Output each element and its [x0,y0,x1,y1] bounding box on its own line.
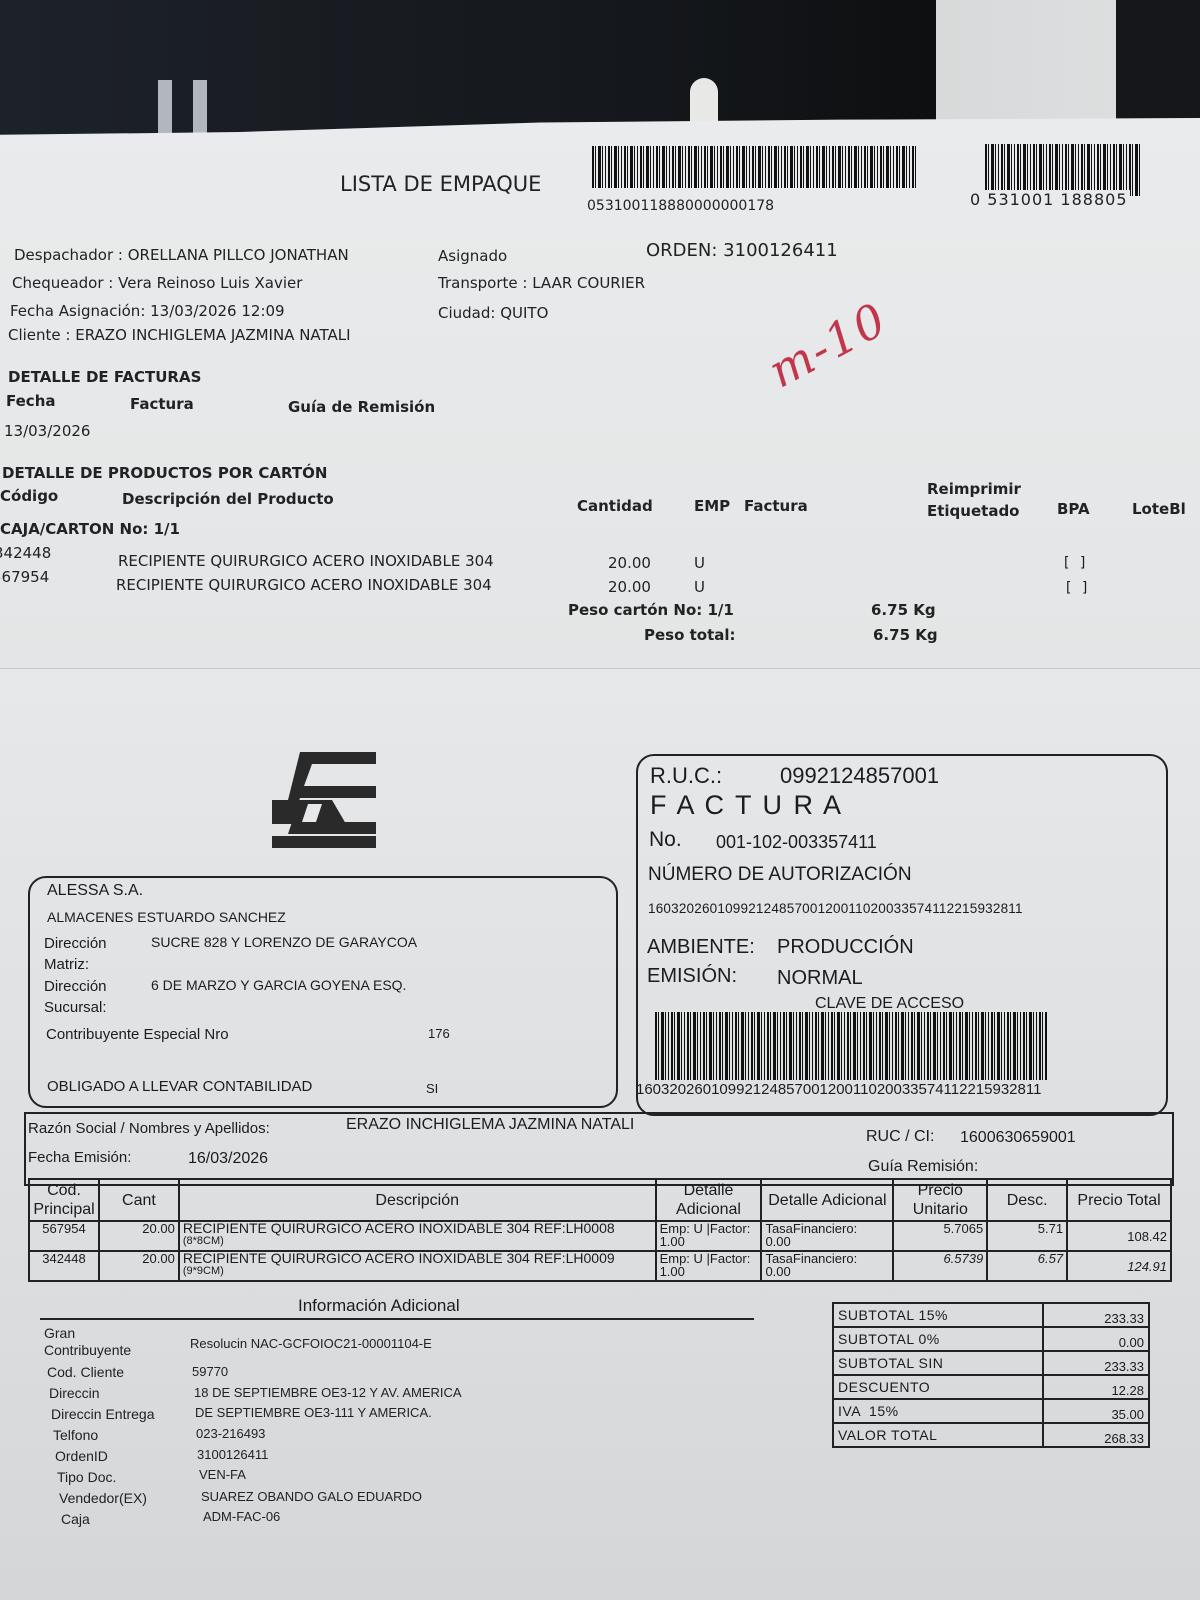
invoice-number-value: 001-102-003357411 [716,832,877,853]
item-code: 342448 [29,1251,99,1281]
totals-row: VALOR TOTAL268.33 [833,1423,1149,1447]
product-row-code: 342448 [0,544,51,562]
col-header-total: Precio Total [1067,1179,1171,1221]
col-header-qty: Cant [99,1179,179,1221]
assignment-date-field: Fecha Asignación: 13/03/2026 12:09 [10,302,285,320]
item-description-line2: (8*8CM) [183,1235,652,1248]
totals-label: SUBTOTAL 0% [833,1327,1043,1351]
issue-date-label: Fecha Emisión: [28,1149,131,1166]
item-description: RECIPIENTE QUIRURGICO ACERO INOXIDABLE 3… [179,1251,656,1281]
totals-value: 268.33 [1043,1423,1149,1447]
info-label: Vendedor(EX) [59,1490,147,1506]
customer-name-label: Razón Social / Nombres y Apellidos: [28,1120,270,1137]
invoice-number-label: No. [649,828,682,852]
item-detail2: TasaFinanciero:0.00 [761,1221,893,1251]
totals-value: 233.33 [1043,1351,1149,1375]
products-header-invoice: Factura [744,497,808,515]
invoice-row-date: 13/03/2026 [4,422,90,440]
products-header-labeled: Etiquetado [927,502,1019,520]
info-value: DE SEPTIEMBRE OE3-111 Y AMERICA. [195,1405,432,1420]
client-field: Cliente : ERAZO INCHIGLEMA JAZMINA NATAL… [8,326,351,344]
product-row-emp: U [694,554,705,572]
special-taxpayer-label: Contribuyente Especial Nro [46,1026,229,1043]
info-label: Tipo Doc. [57,1469,116,1485]
col-header-discount: Desc. [987,1179,1067,1221]
totals-row: SUBTOTAL SIN233.33 [833,1351,1149,1375]
item-total: 124.91 [1067,1251,1171,1281]
totals-value: 12.28 [1043,1375,1149,1399]
customer-ruc-label: RUC / CI: [866,1128,934,1146]
item-detail1: Emp: U |Factor:1.00 [656,1251,762,1281]
packing-list-title: LISTA DE EMPAQUE [340,172,541,196]
access-key-value: 1603202601099212485700120011020033574112… [636,1081,1041,1098]
main-address-value: SUCRE 828 Y LORENZO DE GARAYCOA [151,934,417,950]
item-detail1-line2: 1.00 [660,1235,758,1248]
barcode1-text: 053100118880000000178 [587,198,774,214]
access-key-label: CLAVE DE ACCESO [815,995,964,1013]
issue-date-value: 16/03/2026 [188,1150,268,1168]
item-detail2-line2: 0.00 [765,1265,889,1278]
products-header-emp: EMP [694,497,730,515]
product-row-description: RECIPIENTE QUIRURGICO ACERO INOXIDABLE 3… [116,576,492,594]
dispatcher-field: Despachador : ORELLANA PILLCO JONATHAN [14,246,349,264]
bpa-checkbox[interactable]: [ ] [1064,580,1089,596]
branch-address-label: Dirección Sucursal: [44,976,134,1018]
paper-clip-tab [690,78,718,123]
totals-label: IVA 15% [833,1399,1043,1423]
products-header-reprint: Reimprimir [927,480,1021,498]
info-value: 18 DE SEPTIEMBRE OE3-12 Y AV. AMERICA [194,1385,462,1400]
company-name: ALESSA S.A. [47,882,143,900]
customer-name-value: ERAZO INCHIGLEMA JAZMINA NATALI [346,1116,634,1134]
additional-info-divider [40,1318,754,1320]
item-detail1-line2: 1.00 [660,1265,758,1278]
carton-weight-value: 6.75 Kg [871,601,936,619]
background-reflection [158,80,172,135]
product-row-quantity: 20.00 [608,554,651,572]
city-field: Ciudad: QUITO [438,304,548,322]
bpa-checkbox[interactable]: [ ] [1062,555,1087,571]
transport-field: Transporte : LAAR COURIER [438,274,645,292]
table-row: 342448 20.00 RECIPIENTE QUIRURGICO ACERO… [29,1251,1171,1281]
totals-value: 35.00 [1043,1399,1149,1423]
barcode-icon [985,144,1141,196]
item-detail1: Emp: U |Factor:1.00 [656,1221,762,1251]
branch-address-value: 6 DE MARZO Y GARCIA GOYENA ESQ. [151,977,406,993]
invoices-header-date: Fecha [6,392,56,410]
remission-guide-label: Guía Remisión: [868,1158,978,1176]
totals-value: 0.00 [1043,1327,1149,1351]
info-value: Resolucin NAC-GCFOIOC21-00001104-E [190,1336,432,1351]
order-number: ORDEN: 3100126411 [646,240,838,261]
info-label: Telfono [53,1427,98,1443]
additional-info-title: Información Adicional [298,1296,460,1316]
products-header-bpa: BPA [1057,500,1090,518]
item-unit-price: 5.7065 [893,1221,987,1251]
item-description: RECIPIENTE QUIRURGICO ACERO INOXIDABLE 3… [179,1221,656,1251]
item-description-line1: RECIPIENTE QUIRURGICO ACERO INOXIDABLE 3… [183,1222,652,1235]
col-header-detail1: Detalle Adicional [656,1179,762,1221]
barcode2-text: 0 531001 188805 [968,190,1130,209]
info-label: Caja [61,1511,90,1527]
background-reflection [193,80,207,135]
totals-label: SUBTOTAL 15% [833,1303,1043,1327]
totals-row: SUBTOTAL 0%0.00 [833,1327,1149,1351]
info-value: 023-216493 [196,1426,265,1441]
carton-label: CAJA/CARTON No: 1/1 [0,520,180,538]
col-header-unit-price: Precio Unitario [893,1179,987,1221]
products-header-code: Código [0,487,58,505]
info-value: VEN-FA [199,1467,246,1482]
col-header-detail2: Detalle Adicional [761,1179,893,1221]
products-header-quantity: Cantidad [577,497,653,515]
products-header-lot: LoteBl [1132,500,1186,518]
authorization-value: 1603202601099212485700120011020033574112… [648,901,1023,916]
invoices-header-invoice: Factura [130,395,194,413]
invoices-section-title: DETALLE DE FACTURAS [8,368,201,386]
authorization-label: NÚMERO DE AUTORIZACIÓN [648,864,912,886]
item-discount: 6.57 [987,1251,1067,1281]
document-type: F A C T U R A [650,790,843,821]
main-address-label: Dirección Matriz: [44,933,134,975]
invoice-items-table: Cod. Principal Cant Descripción Detalle … [28,1178,1172,1282]
company-trade-name: ALMACENES ESTUARDO SANCHEZ [47,909,286,925]
totals-row: IVA 15%35.00 [833,1399,1149,1423]
info-label: Cod. Cliente [47,1364,124,1380]
item-code: 567954 [29,1221,99,1251]
company-logo-icon [272,752,376,862]
table-row: 567954 20.00 RECIPIENTE QUIRURGICO ACERO… [29,1221,1171,1251]
item-description-line1: RECIPIENTE QUIRURGICO ACERO INOXIDABLE 3… [183,1252,652,1265]
info-value: ADM-FAC-06 [203,1509,280,1524]
carton-weight-label: Peso cartón No: 1/1 [568,601,734,619]
item-discount: 5.71 [987,1221,1067,1251]
total-weight-value: 6.75 Kg [873,626,938,644]
info-value: SUAREZ OBANDO GALO EDUARDO [201,1489,422,1504]
totals-table: SUBTOTAL 15%233.33 SUBTOTAL 0%0.00 SUBTO… [832,1302,1150,1448]
products-header-description: Descripción del Producto [122,490,334,508]
total-weight-label: Peso total: [644,626,736,644]
assigned-field: Asignado [438,247,507,265]
emission-label: EMISIÓN: [647,965,737,988]
access-key-barcode-icon [655,1012,1047,1080]
product-row-quantity: 20.00 [608,578,651,596]
item-unit-price: 6.5739 [893,1251,987,1281]
emission-value: NORMAL [777,967,863,990]
item-qty: 20.00 [99,1251,179,1281]
totals-label: VALOR TOTAL [833,1423,1043,1447]
item-total: 108.42 [1067,1221,1171,1251]
info-label: Direccin Entrega [51,1406,155,1422]
info-label: OrdenID [55,1448,108,1464]
product-row-code: 567954 [0,568,49,586]
col-header-code: Cod. Principal [29,1179,99,1221]
barcode-icon [592,146,918,188]
invoices-header-remission: Guía de Remisión [288,398,435,416]
product-row-emp: U [694,578,705,596]
accounting-value: SI [426,1081,438,1096]
info-label: Gran Contribuyente [44,1325,164,1359]
product-row-description: RECIPIENTE QUIRURGICO ACERO INOXIDABLE 3… [118,552,494,570]
environment-label: AMBIENTE: [647,936,755,959]
accounting-label: OBLIGADO A LLEVAR CONTABILIDAD [47,1078,312,1095]
totals-label: DESCUENTO [833,1375,1043,1399]
totals-row: DESCUENTO12.28 [833,1375,1149,1399]
item-detail2-line2: 0.00 [765,1235,889,1248]
ruc-label: R.U.C.: [650,763,722,789]
special-taxpayer-value: 176 [428,1026,450,1041]
customer-ruc-value: 1600630659001 [960,1129,1076,1147]
info-label: Direccin [49,1385,100,1401]
environment-value: PRODUCCIÓN [777,936,914,959]
totals-row: SUBTOTAL 15%233.33 [833,1303,1149,1327]
item-description-line2: (9*9CM) [183,1265,652,1278]
item-qty: 20.00 [99,1221,179,1251]
totals-label: SUBTOTAL SIN [833,1351,1043,1375]
item-detail2: TasaFinanciero:0.00 [761,1251,893,1281]
totals-value: 233.33 [1043,1303,1149,1327]
col-header-description: Descripción [179,1179,656,1221]
checker-field: Chequeador : Vera Reinoso Luis Xavier [12,274,302,292]
info-value: 3100126411 [197,1447,268,1462]
products-section-title: DETALLE DE PRODUCTOS POR CARTÓN [2,464,327,482]
info-value: 59770 [192,1364,228,1379]
ruc-value: 0992124857001 [780,763,939,789]
